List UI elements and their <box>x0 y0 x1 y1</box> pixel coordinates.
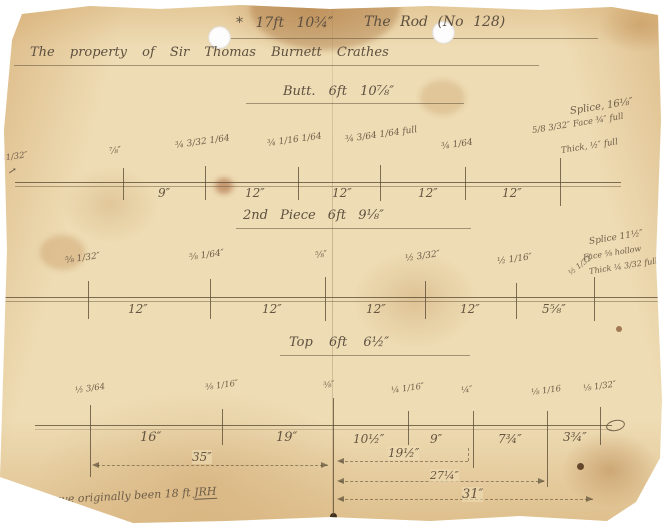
top-interval-label: 3¾″ <box>563 430 587 444</box>
top-interval-label: 10½″ <box>353 432 384 446</box>
second-tick-label: ½ 3/32″ <box>405 249 441 264</box>
property-rule <box>14 65 539 66</box>
top-tick <box>222 409 223 445</box>
second-interval-label: 12″ <box>460 302 480 316</box>
arrowhead-left-icon <box>337 496 344 502</box>
paper-sheet: * 17ft 10¾″ The Rod (No 128) The propert… <box>0 0 665 525</box>
top-rod-line <box>35 425 612 430</box>
dim-label-35: 35″ <box>192 450 212 464</box>
butt-interval-label: 12″ <box>418 186 438 200</box>
dim-label-27quarter: 27¼″ <box>430 469 459 482</box>
dim-bracket <box>468 448 469 461</box>
property-line: The property of Sir Thomas Burnett Crath… <box>30 45 389 60</box>
second-interval-label: 12″ <box>262 302 282 316</box>
top-interval-label: 7¾″ <box>498 432 522 446</box>
butt-interval-label: 12″ <box>245 186 265 200</box>
dim-line-19half <box>340 461 468 462</box>
arrowhead-right-icon <box>321 462 328 468</box>
top-tick-label: ⅛ 1/32″ <box>583 379 617 394</box>
footer-initials: JRH <box>194 485 217 500</box>
arrowhead-left-icon <box>337 478 344 484</box>
second-tick-label: ½ 1/16″ <box>497 252 533 267</box>
butt-tick-label: ⅞″ <box>109 145 122 157</box>
rod-title: The Rod (No 128) <box>364 14 505 30</box>
top-interval-label: 19″ <box>276 430 297 445</box>
butt-heading-underline <box>246 103 464 104</box>
butt-splice-thick-note: Thick, ½″ full <box>560 137 618 156</box>
stain <box>420 80 465 115</box>
arrowhead-left-icon <box>92 462 99 468</box>
second-tick <box>516 283 517 319</box>
butt-tick-label: ¾ 3/64 1/64 full <box>345 125 418 145</box>
butt-tick-label: ¾ 1/64 <box>441 138 474 152</box>
top-tick <box>600 407 601 445</box>
butt-tick-label: ¾ 3/32 1/64 <box>175 133 231 151</box>
butt-tick <box>205 166 206 200</box>
top-tick-label: ½ 3/64 <box>75 382 106 396</box>
top-interval-label: 16″ <box>140 430 161 445</box>
stain <box>40 235 85 270</box>
butt-tick-label: ¾ 1/16 1/64 <box>267 131 323 149</box>
second-interval-label: 12″ <box>128 302 148 316</box>
top-tick-label: ⅛ 1/16 <box>531 384 562 398</box>
butt-interval-label: 12″ <box>332 186 352 200</box>
footer-note-text: Must have originally been 18 ft <box>16 486 191 508</box>
butt-end-arrow-icon: ↗ <box>7 165 17 177</box>
dim-label-19half: 19½″ <box>388 446 419 460</box>
butt-end-diameter-label: 31/32″ <box>0 150 28 164</box>
second-tick <box>88 281 89 319</box>
second-tick-label: ⅝ 1/64″ <box>189 248 225 263</box>
photo-of-document: * 17ft 10¾″ The Rod (No 128) The propert… <box>0 0 665 525</box>
butt-rod-line <box>15 182 621 187</box>
dim-line-35 <box>97 465 328 466</box>
footer-note: Must have originally been 18 ft JRH <box>16 485 217 508</box>
speck <box>616 326 622 332</box>
tip-ring-icon <box>605 418 626 433</box>
top-tick <box>473 411 474 468</box>
speck <box>577 463 584 470</box>
butt-splice-tick <box>560 158 561 206</box>
second-splice-tick <box>594 277 595 321</box>
butt-tick <box>298 167 299 200</box>
top-piece-underline <box>280 355 470 356</box>
second-piece-heading: 2nd Piece 6ft 9⅛″ <box>243 208 384 223</box>
dim-label-31: 31″ <box>462 487 483 502</box>
butt-tick <box>465 167 466 200</box>
second-tick <box>210 279 211 319</box>
top-interval-label: 9″ <box>430 432 442 446</box>
second-tick <box>425 281 426 319</box>
arrowhead-right-icon <box>538 478 545 484</box>
second-tick-label: ⅝″ <box>315 249 328 261</box>
header-rule <box>228 38 598 39</box>
top-tick <box>547 411 548 487</box>
arrowhead-left-icon <box>337 458 344 464</box>
butt-interval-label: 9″ <box>158 186 170 200</box>
butt-heading: Butt. 6ft 10⅞″ <box>283 84 394 99</box>
butt-interval-label: 12″ <box>502 186 522 200</box>
top-tick-label: ¼ 1/16″ <box>391 381 425 396</box>
header-note: * 17ft 10¾″ <box>236 15 333 31</box>
butt-tick <box>380 165 381 201</box>
second-interval-label: 5⅝″ <box>542 302 566 316</box>
top-tick <box>408 411 409 445</box>
top-tick-label: ⅜″ <box>323 380 336 391</box>
second-tick <box>325 277 326 321</box>
arrowhead-right-icon <box>586 496 593 502</box>
second-interval-label: 12″ <box>366 302 386 316</box>
second-piece-underline <box>236 228 471 229</box>
top-tick-reference <box>333 398 334 515</box>
butt-tick <box>123 168 124 200</box>
top-piece-heading: Top 6ft 6½″ <box>289 335 389 350</box>
top-tick <box>90 405 91 477</box>
top-tick-label: ⅜ 1/16″ <box>205 378 239 393</box>
top-tick-label: ¼″ <box>461 385 474 396</box>
